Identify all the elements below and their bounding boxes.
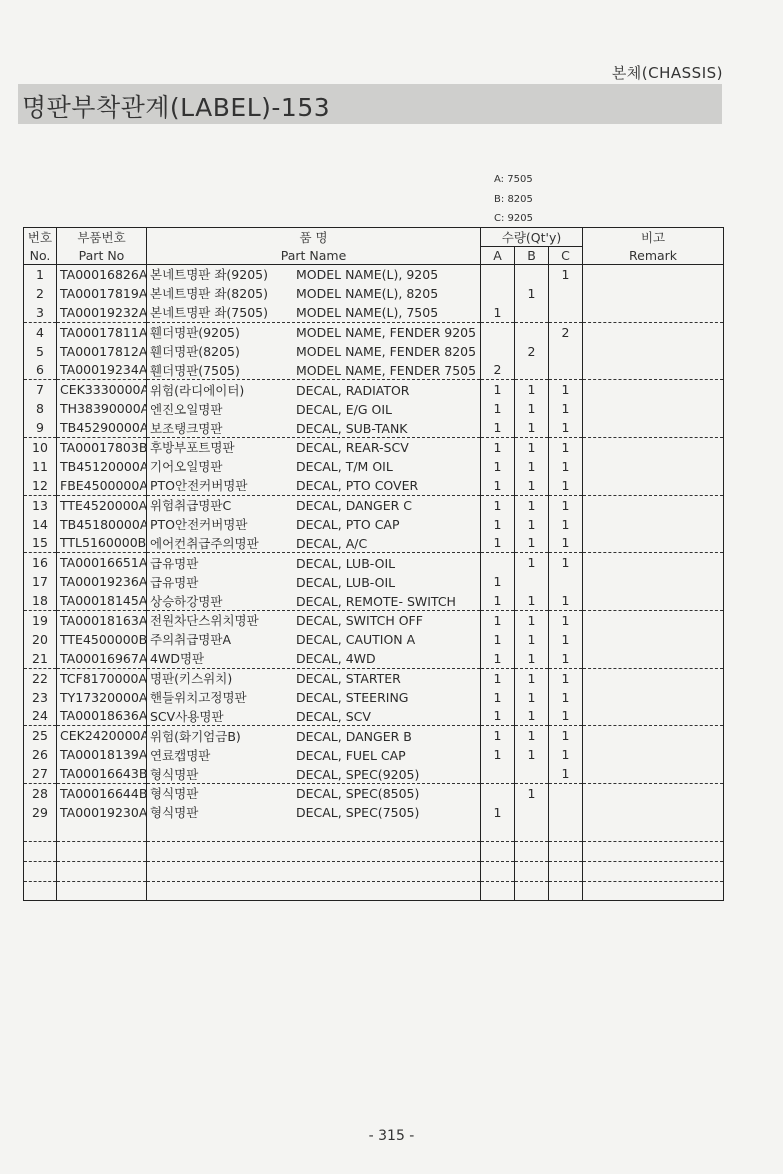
remark (583, 342, 724, 361)
row-number: 14 (24, 515, 57, 534)
qty-c: 1 (549, 553, 583, 572)
qty-b: 1 (515, 380, 549, 399)
part-name-en: DECAL, STEERING (296, 690, 409, 705)
part-number: TTE4500000B4 (57, 630, 147, 649)
part-number: FBE4500000A4 (57, 476, 147, 495)
part-name-kr: 형식명판 (150, 765, 296, 783)
part-number: TA00019234A (57, 360, 147, 379)
remark (583, 784, 724, 803)
qty-c: 1 (549, 515, 583, 534)
section-label: 본체(CHASSIS) (612, 62, 723, 83)
qty-c: 1 (549, 533, 583, 552)
table-row: 15TTL5160000B4에어컨취급주의명판DECAL, A/C111 (24, 533, 724, 552)
qty-c (549, 572, 583, 591)
part-name-kr: 4WD명판 (150, 649, 296, 667)
qty-b: 1 (515, 476, 549, 495)
qty-b: 1 (515, 649, 549, 668)
qty-a: 1 (481, 706, 515, 725)
row-number: 22 (24, 668, 57, 687)
qty-b: 1 (515, 668, 549, 687)
part-number: TA00018139A (57, 745, 147, 764)
qty-b (515, 303, 549, 322)
table-row: 8TH38390000A4엔진오일명판DECAL, E/G OIL111 (24, 399, 724, 418)
remark (583, 476, 724, 495)
table-row: 25CEK2420000A4위험(화기엄금B)DECAL, DANGER B11… (24, 726, 724, 745)
part-name: 휀더명판(9205)MODEL NAME, FENDER 9205 (147, 322, 481, 341)
part-number: TA00016967A (57, 649, 147, 668)
part-name: 엔진오일명판DECAL, E/G OIL (147, 399, 481, 418)
row-number: 19 (24, 611, 57, 630)
part-name-en: MODEL NAME, FENDER 9205 (296, 325, 476, 340)
qty-b: 1 (515, 515, 549, 534)
qty-b (515, 572, 549, 591)
part-name-kr: 휀더명판(7505) (150, 361, 296, 379)
qty-c (549, 342, 583, 361)
part-name: 핸들위치고정명판DECAL, STEERING (147, 688, 481, 707)
qty-c: 1 (549, 764, 583, 783)
qty-c (549, 803, 583, 822)
part-name: 4WD명판DECAL, 4WD (147, 649, 481, 668)
table-row: 28TA00016644B형식명판DECAL, SPEC(8505)1 (24, 784, 724, 803)
part-number: TA00019230A (57, 803, 147, 822)
part-name: 명판(키스위치)DECAL, STARTER (147, 668, 481, 687)
part-name: 후방부포트명판DECAL, REAR-SCV (147, 438, 481, 457)
remark (583, 803, 724, 822)
part-name-en: DECAL, SPEC(8505) (296, 786, 419, 801)
part-name-kr: 전원차단스위치명판 (150, 611, 296, 629)
qty-c: 1 (549, 380, 583, 399)
table-row: 23TY17320000A4핸들위치고정명판DECAL, STEERING111 (24, 688, 724, 707)
row-number: 12 (24, 476, 57, 495)
parts-table: 번호 부품번호 품 명 수량(Qt'y) 비고 No. Part No Part… (23, 227, 724, 901)
part-name: SCV사용명판DECAL, SCV (147, 706, 481, 725)
qty-b: 1 (515, 399, 549, 418)
qty-a: 1 (481, 476, 515, 495)
part-name: PTO안전커버명판DECAL, PTO COVER (147, 476, 481, 495)
part-number: TA00019236A (57, 572, 147, 591)
part-number: TA00017819A (57, 284, 147, 303)
row-number: 24 (24, 706, 57, 725)
table-row: 20TTE4500000B4주의취급명판ADECAL, CAUTION A111 (24, 630, 724, 649)
table-row: 24TA00018636ASCV사용명판DECAL, SCV111 (24, 706, 724, 725)
qty-b: 2 (515, 342, 549, 361)
part-name-kr: SCV사용명판 (150, 707, 296, 725)
remark (583, 706, 724, 725)
part-name-kr: 명판(키스위치) (150, 669, 296, 687)
row-number: 20 (24, 630, 57, 649)
row-number: 16 (24, 553, 57, 572)
remark (583, 322, 724, 341)
part-name-kr: 보조탱크명판 (150, 419, 296, 437)
empty-row (24, 881, 724, 901)
table-row: 3TA00019232A본네트명판 좌(7505)MODEL NAME(L), … (24, 303, 724, 322)
part-name: 주의취급명판ADECAL, CAUTION A (147, 630, 481, 649)
remark (583, 438, 724, 457)
row-number: 29 (24, 803, 57, 822)
qty-b: 1 (515, 457, 549, 476)
qty-a: 2 (481, 360, 515, 379)
qty-a: 1 (481, 726, 515, 745)
table-row: 22TCF8170000A4명판(키스위치)DECAL, STARTER111 (24, 668, 724, 687)
qty-a: 1 (481, 803, 515, 822)
row-number: 2 (24, 284, 57, 303)
qty-b: 1 (515, 726, 549, 745)
qty-c: 1 (549, 418, 583, 437)
qty-a: 1 (481, 399, 515, 418)
part-name: 보조탱크명판DECAL, SUB-TANK (147, 418, 481, 437)
qty-a: 1 (481, 457, 515, 476)
part-name-en: DECAL, T/M OIL (296, 459, 393, 474)
table-row: 5TA00017812A휀더명판(8205)MODEL NAME, FENDER… (24, 342, 724, 361)
part-number: TA00017811A (57, 322, 147, 341)
table-row: 27TA00016643B형식명판DECAL, SPEC(9205)1 (24, 764, 724, 783)
row-number: 18 (24, 591, 57, 610)
empty-row (24, 861, 724, 881)
qty-c: 1 (549, 706, 583, 725)
qty-c (549, 303, 583, 322)
qty-a (481, 784, 515, 803)
remark (583, 399, 724, 418)
part-number: TY17320000A4 (57, 688, 147, 707)
header-no-en: No. (24, 247, 57, 265)
header-remark-kr: 비고 (583, 228, 724, 247)
part-name-kr: 에어컨취급주의명판 (150, 534, 296, 552)
qty-a: 1 (481, 438, 515, 457)
part-name: 휀더명판(7505)MODEL NAME, FENDER 7505 (147, 360, 481, 379)
remark (583, 360, 724, 379)
part-name-en: DECAL, LUB-OIL (296, 575, 395, 590)
table-row: 1TA00016826A본네트명판 좌(9205)MODEL NAME(L), … (24, 265, 724, 284)
qty-a: 1 (481, 418, 515, 437)
header-part-name-kr: 품 명 (147, 228, 481, 247)
part-name-kr: 핸들위치고정명판 (150, 688, 296, 706)
qty-b: 1 (515, 418, 549, 437)
qty-c: 1 (549, 591, 583, 610)
part-name: PTO안전커버명판DECAL, PTO CAP (147, 515, 481, 534)
qty-b: 1 (515, 533, 549, 552)
part-name-kr: 연료캡명판 (150, 746, 296, 764)
page-number: - 315 - (0, 1128, 783, 1144)
part-name: 형식명판DECAL, SPEC(8505) (147, 784, 481, 803)
part-name-en: MODEL NAME, FENDER 8205 (296, 344, 476, 359)
part-number: TA00016651A (57, 553, 147, 572)
row-number: 15 (24, 533, 57, 552)
header-qty-c: C (549, 247, 583, 265)
part-name: 형식명판DECAL, SPEC(9205) (147, 764, 481, 783)
part-name-en: DECAL, REMOTE- SWITCH (296, 594, 456, 609)
remark (583, 630, 724, 649)
table-row: 6TA00019234A휀더명판(7505)MODEL NAME, FENDER… (24, 360, 724, 379)
qty-a (481, 553, 515, 572)
qty-a: 1 (481, 668, 515, 687)
row-number: 17 (24, 572, 57, 591)
row-number: 10 (24, 438, 57, 457)
table-row: 29TA00019230A형식명판DECAL, SPEC(7505)1 (24, 803, 724, 822)
qty-c (549, 284, 583, 303)
part-name-en: DECAL, A/C (296, 536, 367, 551)
header-part-name-en: Part Name (147, 247, 481, 265)
remark (583, 688, 724, 707)
qty-b: 1 (515, 706, 549, 725)
qty-c: 1 (549, 630, 583, 649)
table-row: 7CEK3330000A4위험(라디에이터)DECAL, RADIATOR111 (24, 380, 724, 399)
part-number: TH38390000A4 (57, 399, 147, 418)
qty-c: 1 (549, 476, 583, 495)
remark (583, 303, 724, 322)
qty-b: 1 (515, 630, 549, 649)
part-name-kr: 급유명판 (150, 573, 296, 591)
qty-a: 1 (481, 688, 515, 707)
part-number: TTL5160000B4 (57, 533, 147, 552)
part-number: TB45180000A4 (57, 515, 147, 534)
part-number: TA00018145A (57, 591, 147, 610)
remark (583, 572, 724, 591)
part-name-kr: 휀더명판(8205) (150, 342, 296, 360)
row-number: 21 (24, 649, 57, 668)
row-number: 7 (24, 380, 57, 399)
qty-a: 1 (481, 303, 515, 322)
part-name-en: DECAL, DANGER C (296, 498, 412, 513)
part-name-kr: 본네트명판 좌(9205) (150, 265, 296, 283)
qty-a: 1 (481, 495, 515, 514)
qty-a (481, 265, 515, 284)
table-row: 12FBE4500000A4PTO안전커버명판DECAL, PTO COVER1… (24, 476, 724, 495)
qty-a: 1 (481, 591, 515, 610)
part-number: TA00018636A (57, 706, 147, 725)
part-name-en: DECAL, SPEC(9205) (296, 767, 419, 782)
table-row: 26TA00018139A연료캡명판DECAL, FUEL CAP111 (24, 745, 724, 764)
legend-item-b: B: 8205 (494, 190, 533, 210)
row-number: 13 (24, 495, 57, 514)
part-name: 형식명판DECAL, SPEC(7505) (147, 803, 481, 822)
remark (583, 745, 724, 764)
table-row: 19TA00018163A전원차단스위치명판DECAL, SWITCH OFF1… (24, 611, 724, 630)
part-name-en: DECAL, PTO COVER (296, 478, 418, 493)
part-name: 본네트명판 좌(9205)MODEL NAME(L), 9205 (147, 265, 481, 284)
qty-c: 1 (549, 438, 583, 457)
part-name-en: DECAL, SPEC(7505) (296, 805, 419, 820)
part-name-kr: 본네트명판 좌(8205) (150, 284, 296, 302)
qty-b: 1 (515, 784, 549, 803)
empty-row (24, 841, 724, 861)
part-name-kr: 상승하강명판 (150, 592, 296, 610)
qty-c: 1 (549, 745, 583, 764)
part-number: TA00016644B (57, 784, 147, 803)
row-number: 11 (24, 457, 57, 476)
page-title: 명판부착관계(LABEL)-153 (22, 88, 330, 124)
part-number: TA00018163A (57, 611, 147, 630)
qty-c: 1 (549, 688, 583, 707)
part-name-en: DECAL, SCV (296, 709, 371, 724)
qty-c (549, 360, 583, 379)
part-name-en: DECAL, 4WD (296, 651, 376, 666)
part-number: TA00019232A (57, 303, 147, 322)
table-row: 18TA00018145A상승하강명판DECAL, REMOTE- SWITCH… (24, 591, 724, 610)
remark (583, 533, 724, 552)
qty-a (481, 342, 515, 361)
qty-b (515, 265, 549, 284)
qty-a: 1 (481, 572, 515, 591)
qty-a (481, 764, 515, 783)
part-name-en: DECAL, SWITCH OFF (296, 613, 423, 628)
part-name: 위험(화기엄금B)DECAL, DANGER B (147, 726, 481, 745)
row-number: 26 (24, 745, 57, 764)
part-name-kr: 기어오일명판 (150, 457, 296, 475)
part-name-kr: 형식명판 (150, 803, 296, 821)
part-name: 휀더명판(8205)MODEL NAME, FENDER 8205 (147, 342, 481, 361)
row-number: 4 (24, 322, 57, 341)
qty-b: 1 (515, 611, 549, 630)
remark (583, 265, 724, 284)
part-name-en: DECAL, RADIATOR (296, 383, 410, 398)
part-name-en: DECAL, CAUTION A (296, 632, 415, 647)
part-name: 위험취급명판CDECAL, DANGER C (147, 495, 481, 514)
part-name-kr: 엔진오일명판 (150, 400, 296, 418)
part-name-en: DECAL, LUB-OIL (296, 556, 395, 571)
header-qty-b: B (515, 247, 549, 265)
qty-c: 1 (549, 668, 583, 687)
header-part-no-en: Part No (57, 247, 147, 265)
part-number: TCF8170000A4 (57, 668, 147, 687)
part-name-kr: 후방부포트명판 (150, 438, 296, 456)
part-number: TA00017803B (57, 438, 147, 457)
part-name-kr: 휀더명판(9205) (150, 323, 296, 341)
part-name-kr: 위험(화기엄금B) (150, 727, 296, 745)
qty-a (481, 284, 515, 303)
part-number: TA00016826A (57, 265, 147, 284)
part-name-en: DECAL, STARTER (296, 671, 401, 686)
qty-b: 1 (515, 745, 549, 764)
part-name: 본네트명판 좌(8205)MODEL NAME(L), 8205 (147, 284, 481, 303)
part-name-kr: 본네트명판 좌(7505) (150, 303, 296, 321)
part-number: TA00016643B (57, 764, 147, 783)
remark (583, 668, 724, 687)
qty-b (515, 803, 549, 822)
part-number: CEK2420000A4 (57, 726, 147, 745)
empty-row (24, 822, 724, 841)
qty-c: 1 (549, 726, 583, 745)
part-name-en: DECAL, FUEL CAP (296, 748, 406, 763)
legend-item-a: A: 7505 (494, 170, 533, 190)
part-name-en: DECAL, REAR-SCV (296, 440, 409, 455)
table-row: 16TA00016651A급유명판DECAL, LUB-OIL11 (24, 553, 724, 572)
row-number: 6 (24, 360, 57, 379)
remark (583, 591, 724, 610)
qty-b: 1 (515, 688, 549, 707)
part-name-en: MODEL NAME(L), 7505 (296, 305, 438, 320)
qty-b: 1 (515, 553, 549, 572)
part-number: TB45290000A4 (57, 418, 147, 437)
qty-b (515, 360, 549, 379)
part-name: 본네트명판 좌(7505)MODEL NAME(L), 7505 (147, 303, 481, 322)
qty-c (549, 784, 583, 803)
row-number: 27 (24, 764, 57, 783)
header-remark-en: Remark (583, 247, 724, 265)
table-row: 10TA00017803B후방부포트명판DECAL, REAR-SCV111 (24, 438, 724, 457)
part-name-en: MODEL NAME(L), 9205 (296, 267, 438, 282)
part-name-kr: PTO안전커버명판 (150, 476, 296, 494)
row-number: 1 (24, 265, 57, 284)
part-name-en: MODEL NAME, FENDER 7505 (296, 363, 476, 378)
part-name: 급유명판DECAL, LUB-OIL (147, 572, 481, 591)
part-name-kr: 형식명판 (150, 784, 296, 802)
model-legend: A: 7505 B: 8205 C: 9205 (494, 170, 533, 229)
qty-c: 1 (549, 649, 583, 668)
qty-c: 1 (549, 457, 583, 476)
part-name-en: MODEL NAME(L), 8205 (296, 286, 438, 301)
qty-b (515, 322, 549, 341)
qty-a: 1 (481, 515, 515, 534)
qty-a: 1 (481, 533, 515, 552)
table-row: 21TA00016967A4WD명판DECAL, 4WD111 (24, 649, 724, 668)
remark (583, 764, 724, 783)
part-number: TTE4520000A4 (57, 495, 147, 514)
remark (583, 553, 724, 572)
part-number: CEK3330000A4 (57, 380, 147, 399)
part-number: TA00017812A (57, 342, 147, 361)
part-name-en: DECAL, SUB-TANK (296, 421, 408, 436)
remark (583, 495, 724, 514)
row-number: 28 (24, 784, 57, 803)
qty-b (515, 764, 549, 783)
part-name-en: DECAL, PTO CAP (296, 517, 400, 532)
table-row: 14TB45180000A4PTO안전커버명판DECAL, PTO CAP111 (24, 515, 724, 534)
part-name: 에어컨취급주의명판DECAL, A/C (147, 533, 481, 552)
row-number: 8 (24, 399, 57, 418)
remark (583, 457, 724, 476)
row-number: 25 (24, 726, 57, 745)
part-name-kr: 위험취급명판C (150, 496, 296, 514)
part-name: 전원차단스위치명판DECAL, SWITCH OFF (147, 611, 481, 630)
qty-b: 1 (515, 438, 549, 457)
part-name: 급유명판DECAL, LUB-OIL (147, 553, 481, 572)
table-row: 2TA00017819A본네트명판 좌(8205)MODEL NAME(L), … (24, 284, 724, 303)
table-row: 4TA00017811A휀더명판(9205)MODEL NAME, FENDER… (24, 322, 724, 341)
table-row: 11TB45120000A4기어오일명판DECAL, T/M OIL111 (24, 457, 724, 476)
remark (583, 284, 724, 303)
row-number: 9 (24, 418, 57, 437)
part-name-kr: 주의취급명판A (150, 630, 296, 648)
remark (583, 611, 724, 630)
qty-a: 1 (481, 630, 515, 649)
header-part-no-kr: 부품번호 (57, 228, 147, 247)
part-name: 기어오일명판DECAL, T/M OIL (147, 457, 481, 476)
header-qty-a: A (481, 247, 515, 265)
row-number: 23 (24, 688, 57, 707)
table-row: 17TA00019236A급유명판DECAL, LUB-OIL1 (24, 572, 724, 591)
qty-c: 1 (549, 611, 583, 630)
qty-c: 1 (549, 495, 583, 514)
qty-a: 1 (481, 649, 515, 668)
part-number: TB45120000A4 (57, 457, 147, 476)
table-row: 9TB45290000A4보조탱크명판DECAL, SUB-TANK111 (24, 418, 724, 437)
part-name-en: DECAL, DANGER B (296, 729, 412, 744)
qty-c: 1 (549, 265, 583, 284)
part-name-kr: 급유명판 (150, 554, 296, 572)
qty-b: 1 (515, 284, 549, 303)
table-row: 13TTE4520000A4위험취급명판CDECAL, DANGER C111 (24, 495, 724, 514)
part-name: 상승하강명판DECAL, REMOTE- SWITCH (147, 591, 481, 610)
row-number: 3 (24, 303, 57, 322)
qty-c: 2 (549, 322, 583, 341)
row-number: 5 (24, 342, 57, 361)
qty-a: 1 (481, 745, 515, 764)
remark (583, 418, 724, 437)
legend-item-c: C: 9205 (494, 209, 533, 229)
qty-a: 1 (481, 611, 515, 630)
remark (583, 649, 724, 668)
parts-table-body: 1TA00016826A본네트명판 좌(9205)MODEL NAME(L), … (24, 265, 724, 901)
